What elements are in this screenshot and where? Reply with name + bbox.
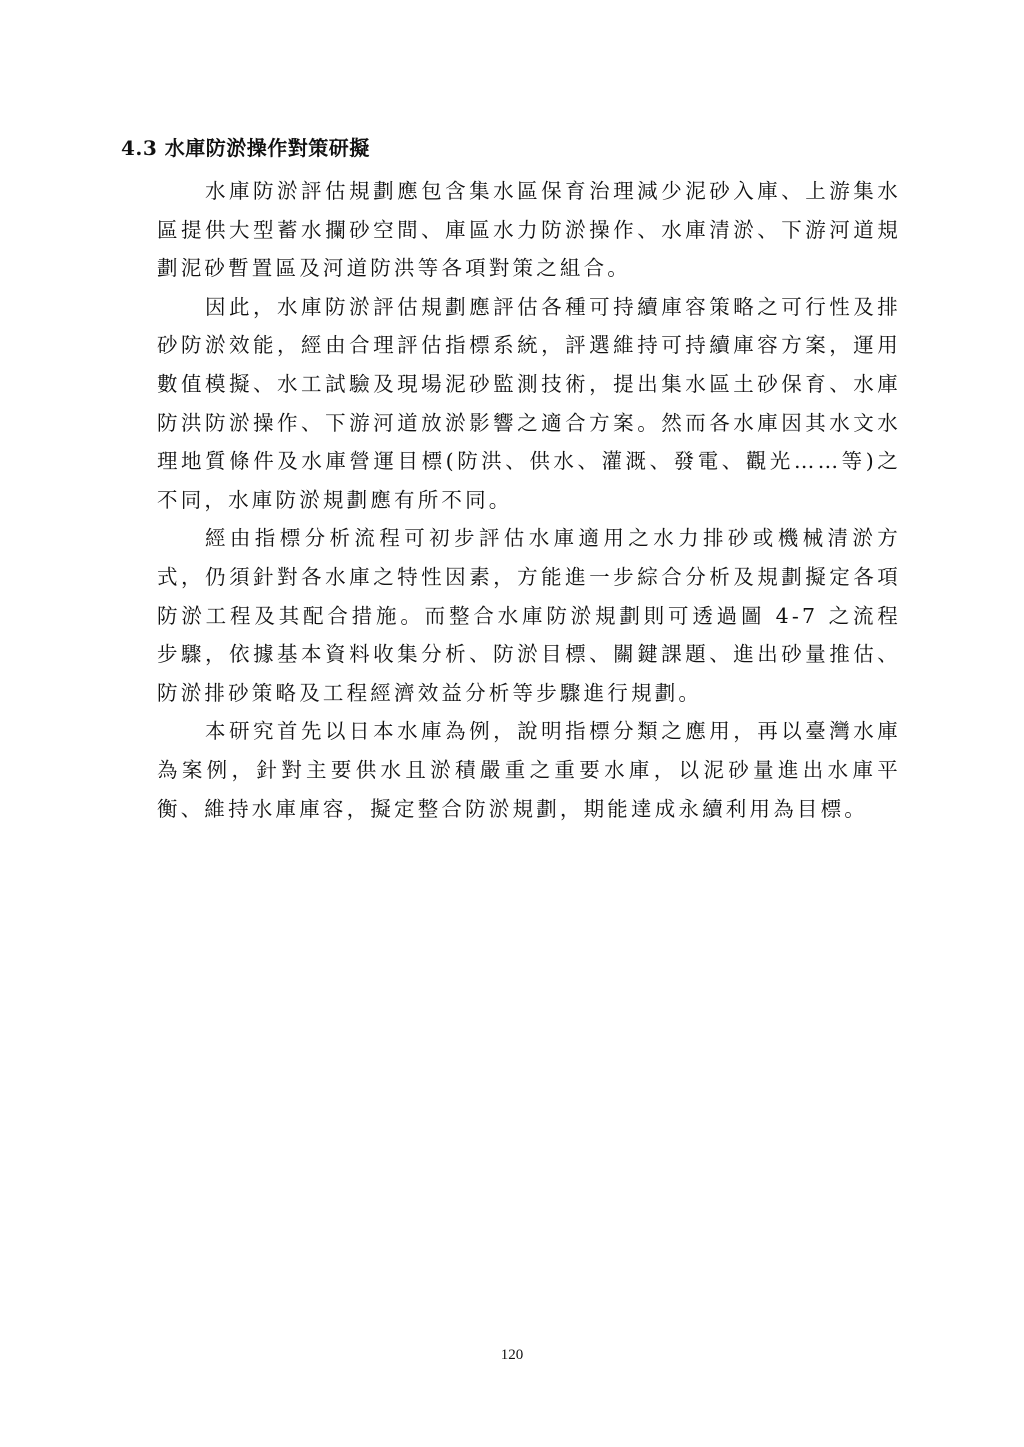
paragraph-3: 經由指標分析流程可初步評估水庫適用之水力排砂或機械清淤方式，仍須針對各水庫之特性…: [157, 519, 901, 712]
section-heading: 4.3 水庫防淤操作對策研擬: [121, 134, 370, 162]
paragraph-2: 因此，水庫防淤評估規劃應評估各種可持續庫容策略之可行性及排砂防淤效能，經由合理評…: [157, 288, 901, 520]
paragraph-4: 本研究首先以日本水庫為例，說明指標分類之應用，再以臺灣水庫為案例，針對主要供水且…: [157, 712, 901, 828]
document-page: 4.3 水庫防淤操作對策研擬 水庫防淤評估規劃應包含集水區保育治理減少泥砂入庫、…: [0, 0, 1024, 1447]
body-text: 水庫防淤評估規劃應包含集水區保育治理減少泥砂入庫、上游集水區提供大型蓄水攔砂空間…: [157, 172, 901, 828]
page-number: 120: [0, 1345, 1024, 1365]
paragraph-1: 水庫防淤評估規劃應包含集水區保育治理減少泥砂入庫、上游集水區提供大型蓄水攔砂空間…: [157, 172, 901, 288]
